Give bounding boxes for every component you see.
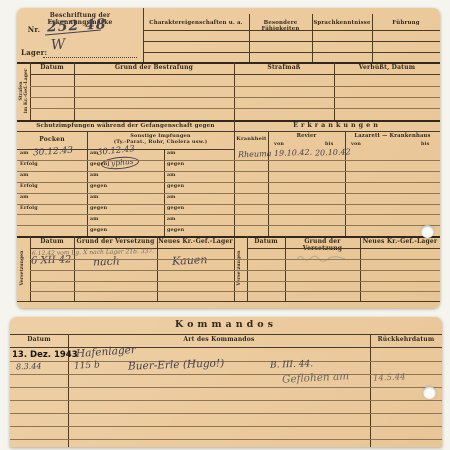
column-divider (74, 62, 75, 120)
transfer-ink-grund: nach (93, 255, 120, 269)
row-label-am: am (167, 151, 176, 156)
column-divider (143, 8, 144, 62)
row-label-am: am (90, 217, 99, 222)
sonstige-date-handwritten: 30.12.43 (97, 144, 136, 158)
row-label-gegen: gegen (167, 162, 184, 167)
row-label-am: am (167, 173, 176, 178)
traits-col-conduct: Führung (372, 21, 440, 27)
header-underline (30, 74, 440, 75)
vaccinations-col-sonstige: Sonstige Impfungen (Ty.-Parat., Ruhr, Ch… (87, 134, 234, 145)
kommandos-col-datum: Datum (10, 337, 68, 344)
column-divider (372, 14, 373, 62)
lager-handwritten-value: W (50, 37, 65, 54)
sonstige-line2: (Ty.-Parat., Ruhr, Cholera usw.) (114, 139, 208, 145)
faint-pencil-scribble (295, 252, 347, 264)
rule-line (17, 204, 440, 205)
row-label-am: am (167, 217, 176, 222)
punch-hole (421, 225, 434, 238)
traits-header: Charaktereigenschaften u. a. (143, 21, 249, 27)
kommando-row2-datum-handwritten: 8.3.44 (16, 362, 42, 372)
rule-line (17, 214, 440, 215)
row-label-gegen: gegen (90, 206, 107, 211)
rule-line (10, 413, 442, 414)
rule-line (10, 439, 442, 440)
row-label-am: am (167, 195, 176, 200)
lager-dotted-line (43, 56, 137, 58)
row-label-am: am (20, 151, 29, 156)
illnesses-col-krankheit: Krankheit (234, 137, 269, 143)
vaccinations-col-pocken: Pocken (17, 137, 87, 144)
rule-line (30, 86, 440, 87)
punch-hole (423, 386, 436, 399)
transfer-ink-lager: Kauen (172, 253, 208, 268)
sonstige-gegen-handwritten: Typhus (101, 156, 139, 168)
rule-line (17, 160, 440, 161)
escape-date-handwritten: 14.5.44 (373, 372, 406, 383)
rule-line (30, 270, 440, 271)
row-label-gegen: gegen (167, 228, 184, 233)
typhus-circled: Typhus (101, 155, 139, 170)
row-label-erfolg: Erfolg (20, 184, 38, 189)
rule-line (234, 131, 440, 132)
row-label-am: am (90, 173, 99, 178)
rule-line (30, 291, 440, 292)
lazarett-bis-label: bis (421, 142, 429, 147)
kommando-row2-number-handwritten: 115 b (74, 360, 100, 371)
date-stamp: 13. Dez. 1943 (12, 350, 78, 360)
revier-bis-label: bis (325, 142, 333, 147)
row-label-erfolg: Erfolg (20, 162, 38, 167)
illness-entry-handwritten: Rheuma 19.10.42. (238, 148, 312, 160)
transfers-right-side-label: Versetzungen (237, 238, 242, 298)
rule-line (17, 171, 440, 172)
row-label-gegen: gegen (90, 184, 107, 189)
rule-line (17, 131, 234, 132)
rule-line (17, 225, 440, 226)
kommandos-col-rueckkehr: Rückkehrdatum (370, 337, 442, 344)
revier-von-label: von (274, 142, 284, 147)
punishments-col-verbuesst: Verbüßt, Datum (334, 65, 440, 72)
transfers-col-grund-right: Grund der Versetzung (285, 239, 360, 252)
illnesses-col-revier: Revier (268, 134, 345, 140)
rule-line (10, 387, 442, 388)
column-divider (370, 334, 371, 447)
illnesses-col-lazarett: Lazarett — Krankenhaus (345, 134, 440, 140)
kommandos-title: Kommandos (10, 320, 442, 330)
rule-line (10, 400, 442, 401)
punishments-col-grund: Grund der Bestrafung (74, 65, 234, 72)
punishments-side-label: Strafen im Kr.-Gef.-Lager (19, 64, 30, 118)
rule-line (30, 281, 440, 282)
transfer-ink-datum: 6 XII 42 (31, 254, 72, 266)
escaped-note-handwritten: Geflohen am (282, 370, 350, 386)
traits-col-abilities: Besondere Fähigkeiten (249, 21, 312, 33)
row-label-gegen: gegen (90, 228, 107, 233)
kommando-row2-place-handwritten: Buer-Erle (Hugo!) (128, 357, 225, 372)
transfers-col-lager-right: Neues Kr.-Gef.-Lager (360, 239, 440, 246)
kommandos-col-art: Art des Kommandos (68, 337, 370, 344)
column-divider (234, 62, 235, 120)
row-label-am: am (20, 173, 29, 178)
column-divider (312, 14, 313, 62)
column-divider (249, 14, 250, 62)
traits-col-languages: Sprachkenntnisse (312, 21, 372, 27)
illnesses-title: Erkrankungen (234, 122, 440, 129)
illness-revier-bis-handwritten: 20.10.42 (315, 147, 351, 157)
rule-line (17, 193, 440, 194)
column-divider (334, 62, 335, 120)
column-divider (268, 131, 269, 236)
rule-line (30, 97, 440, 98)
rule-line (17, 182, 440, 183)
rule-line (30, 108, 440, 109)
rule-line (143, 30, 440, 31)
pocken-date-handwritten: 30.12.43 (33, 146, 74, 159)
rule-line (143, 41, 440, 42)
center-divider (234, 120, 235, 236)
table-top-border (10, 334, 442, 335)
rule-line (143, 52, 440, 53)
rule-line (30, 259, 440, 260)
transfers-col-lager: Neues Kr.-Gef.-Lager (157, 239, 234, 246)
punishments-col-strafmass: Strafmaß (234, 65, 334, 72)
transfers-left-side-label: Versetzungen (20, 238, 25, 298)
transfers-col-grund: Grund der Versetzung (74, 239, 157, 246)
record-card-kommandos: Kommandos Datum Art des Kommandos Rückke… (10, 317, 442, 447)
column-divider (87, 131, 88, 236)
table-bottom-border (17, 301, 440, 302)
transfers-col-datum: Datum (30, 239, 74, 246)
header-underline (247, 248, 440, 249)
scanned-record-card-page: Beschriftung der Erkennungsmarke Nr. 252… (0, 0, 450, 450)
lazarett-von-label: von (351, 142, 361, 147)
transfers-col-datum-right: Datum (247, 239, 285, 246)
punishments-col-datum: Datum (30, 65, 74, 72)
record-card-upper: Beschriftung der Erkennungsmarke Nr. 252… (17, 8, 440, 308)
row-label-erfolg: Erfolg (20, 206, 38, 211)
row-label-gegen: gegen (167, 206, 184, 211)
vaccinations-title: Schutzimpfungen während der Gefangenscha… (17, 123, 234, 129)
row-label-am: am (90, 195, 99, 200)
kommando-row2-note-handwritten: B. III. 44. (270, 359, 313, 370)
row-label-am: am (20, 195, 29, 200)
rule-line (10, 426, 442, 427)
nr-label: Nr. (27, 26, 41, 34)
punishments-side-line2: im Kr.-Gef.-Lager (24, 69, 29, 114)
lager-label: Lager: (21, 49, 45, 57)
row-label-gegen: gegen (167, 184, 184, 189)
